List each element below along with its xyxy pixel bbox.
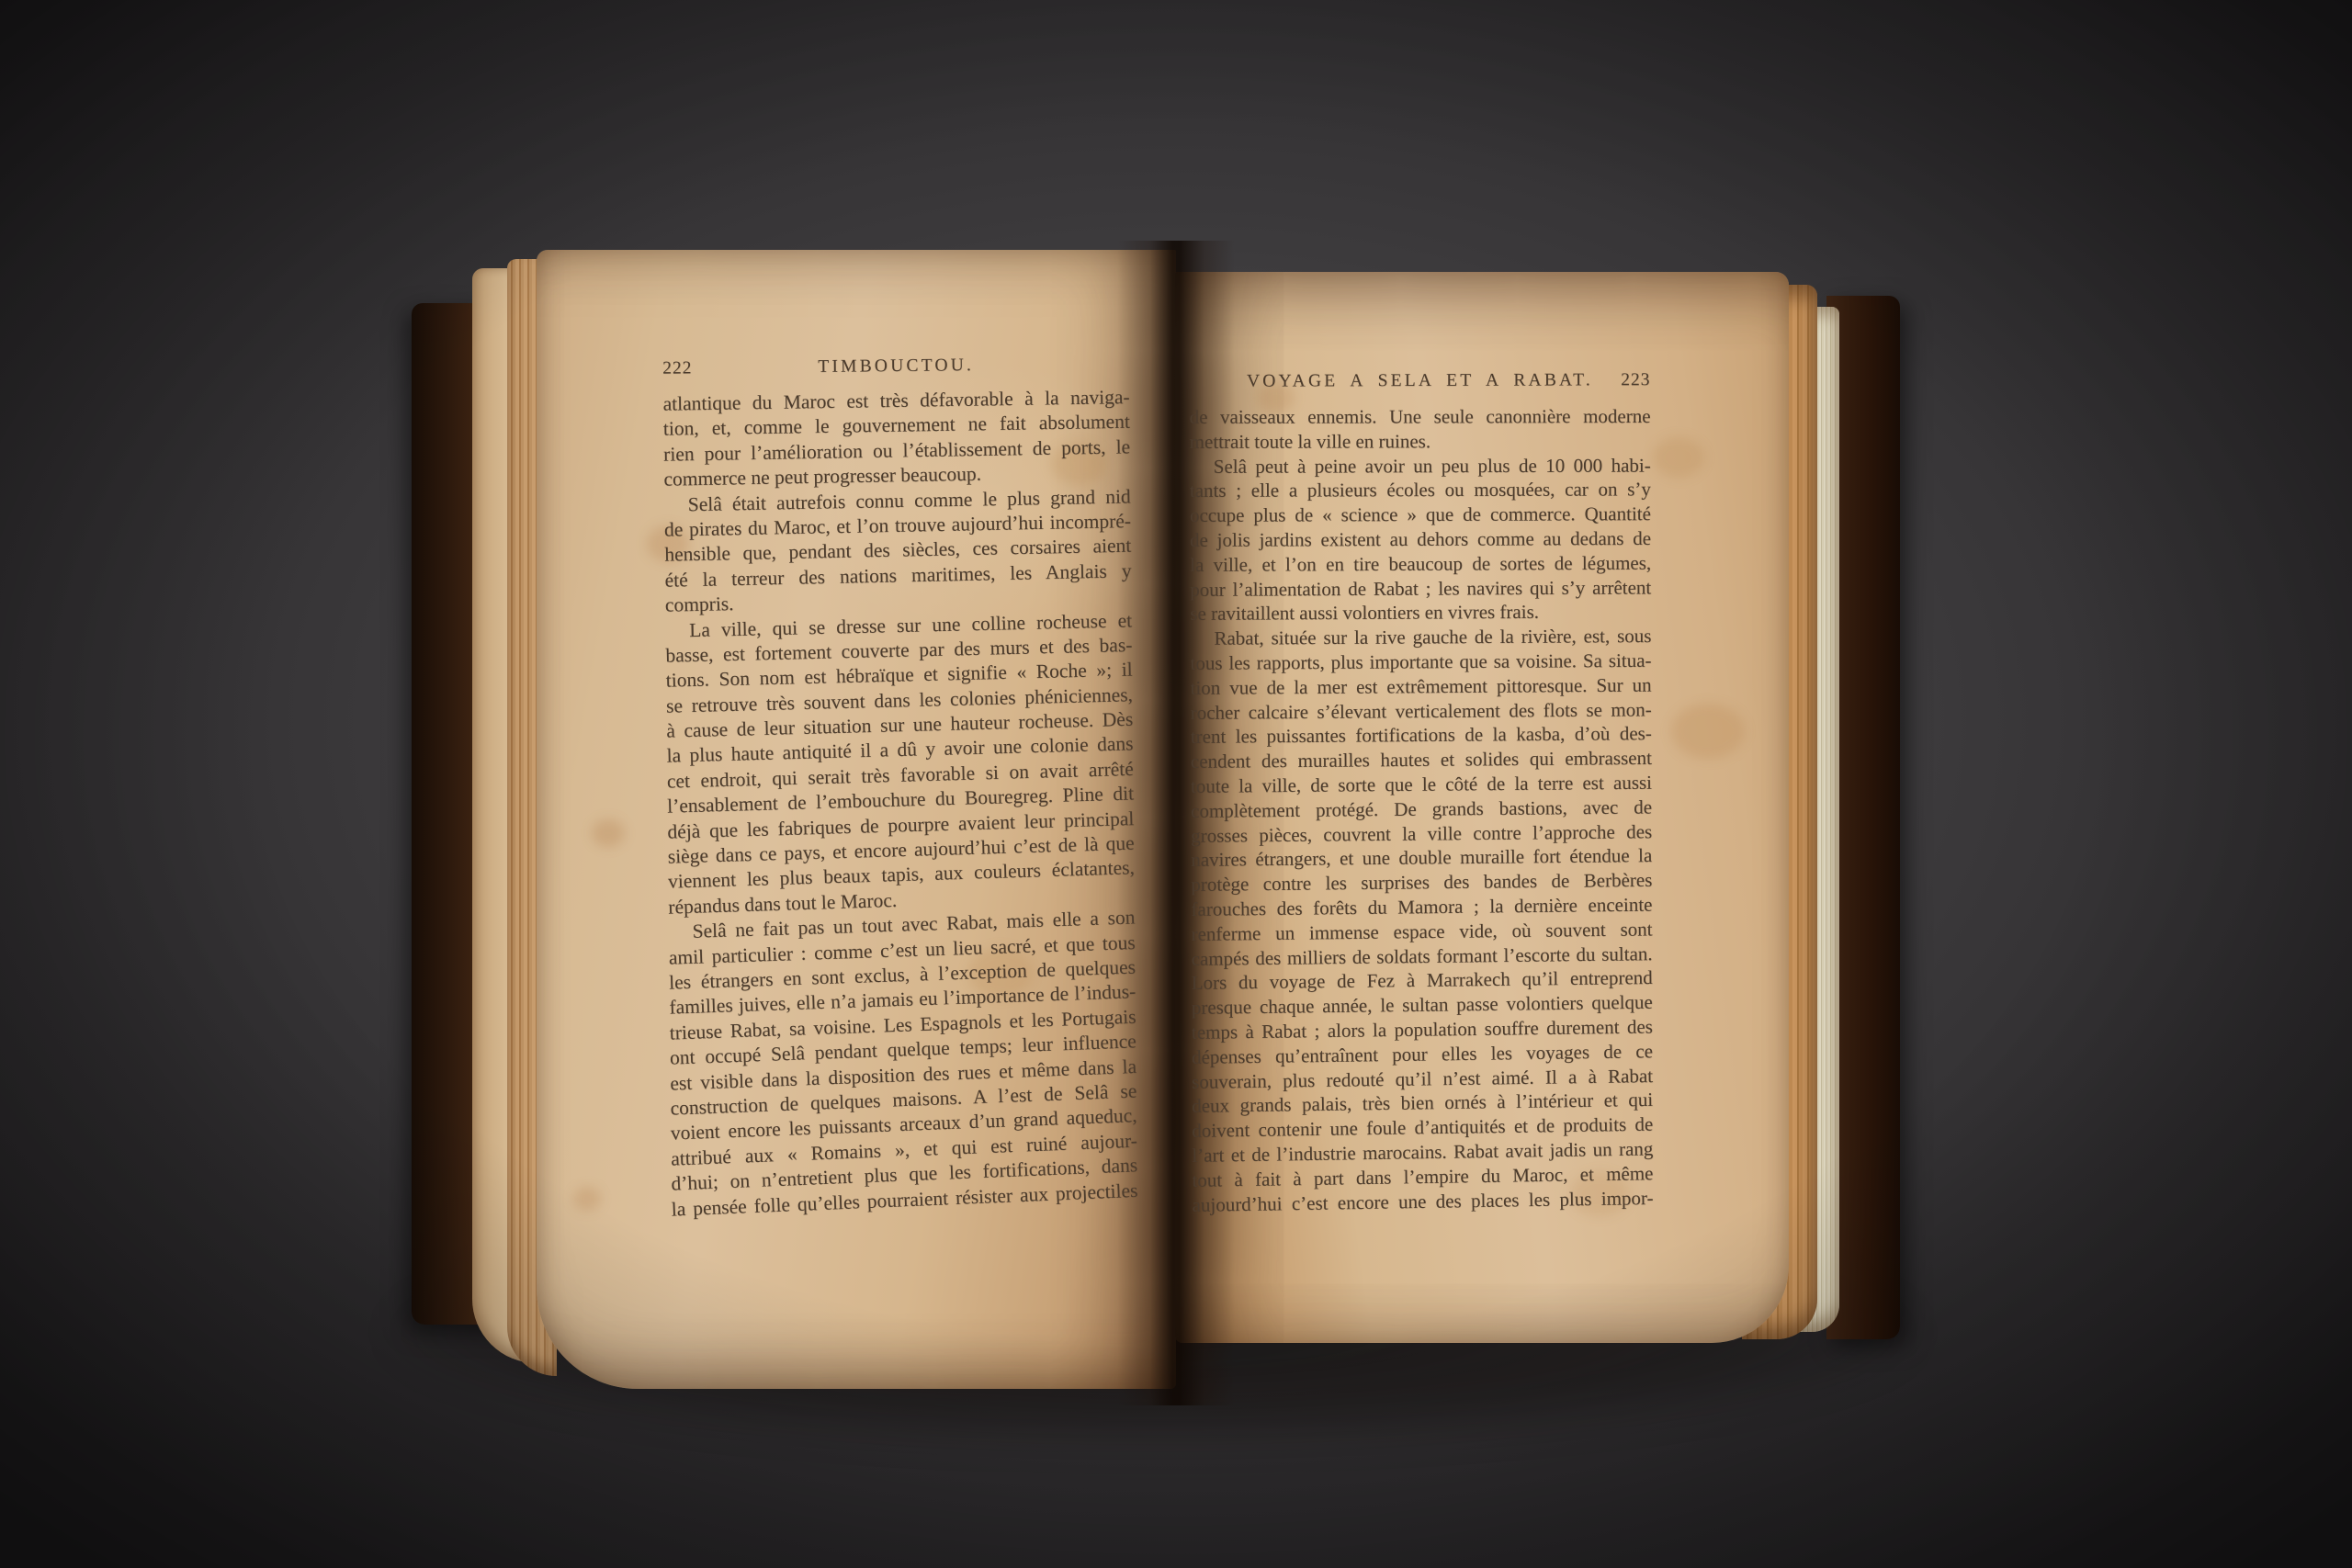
text-line: rocher calcaire s’élevant verticalement …	[1191, 697, 1652, 725]
running-title: TIMBOUCTOU.	[714, 355, 1078, 378]
text-line: tants ; elle a plusieurs écoles ou mosqu…	[1190, 478, 1651, 503]
page-number: 223	[1599, 370, 1650, 390]
text-line: trent les puissantes fortifications de l…	[1191, 722, 1652, 750]
left-page-text: 222 TIMBOUCTOU. atlantique du Maroc est …	[662, 354, 1138, 1222]
text-line: de vaisseaux ennemis. Une seule canonniè…	[1190, 404, 1651, 430]
text-line: la ville, et l’on en tire beaucoup de so…	[1190, 550, 1651, 577]
page-number: 222	[662, 358, 714, 379]
text-line: mettrait toute la ville en ruines.	[1190, 429, 1651, 455]
right-page-body: de vaisseaux ennemis. Une seule canonniè…	[1190, 403, 1654, 1217]
text-line: se ravitaillent aussi volontiers en vivr…	[1190, 600, 1651, 626]
foxing-stain	[1671, 704, 1745, 759]
text-line: complètement protégé. De grands bastions…	[1191, 795, 1652, 823]
right-page-text: VOYAGE A SELA ET A RABAT. 223 de vaissea…	[1189, 370, 1653, 1217]
text-line: occupe plus de « science » que de commer…	[1190, 502, 1651, 528]
text-line: toute la ville, de sorte que le côté de …	[1191, 771, 1652, 799]
text-line: de jolis jardins existent au dehors comm…	[1190, 526, 1651, 553]
foxing-stain	[573, 1187, 601, 1211]
text-line: Selâ peut à peine avoir un peu plus de 1…	[1190, 453, 1651, 479]
running-title: VOYAGE A SELA ET A RABAT.	[1240, 370, 1599, 391]
text-line: cendent des murailles hautes et solides …	[1191, 746, 1652, 774]
foxing-stain	[592, 819, 625, 847]
text-line: tous les rapports, plus importante que s…	[1190, 649, 1651, 676]
text-line: tion vue de la mer est extrêmement pitto…	[1191, 672, 1652, 700]
text-line: pour l’alimentation de Rabat ; les navir…	[1190, 575, 1651, 602]
text-line: Rabat, située sur la rive gauche de la r…	[1190, 624, 1651, 651]
running-header: VOYAGE A SELA ET A RABAT. 223	[1189, 370, 1650, 392]
running-header: 222 TIMBOUCTOU.	[662, 354, 1129, 378]
left-page-body: atlantique du Maroc est très défavorable…	[662, 387, 1137, 1222]
foxing-stain	[1653, 437, 1704, 478]
header-spacer	[1078, 368, 1129, 369]
